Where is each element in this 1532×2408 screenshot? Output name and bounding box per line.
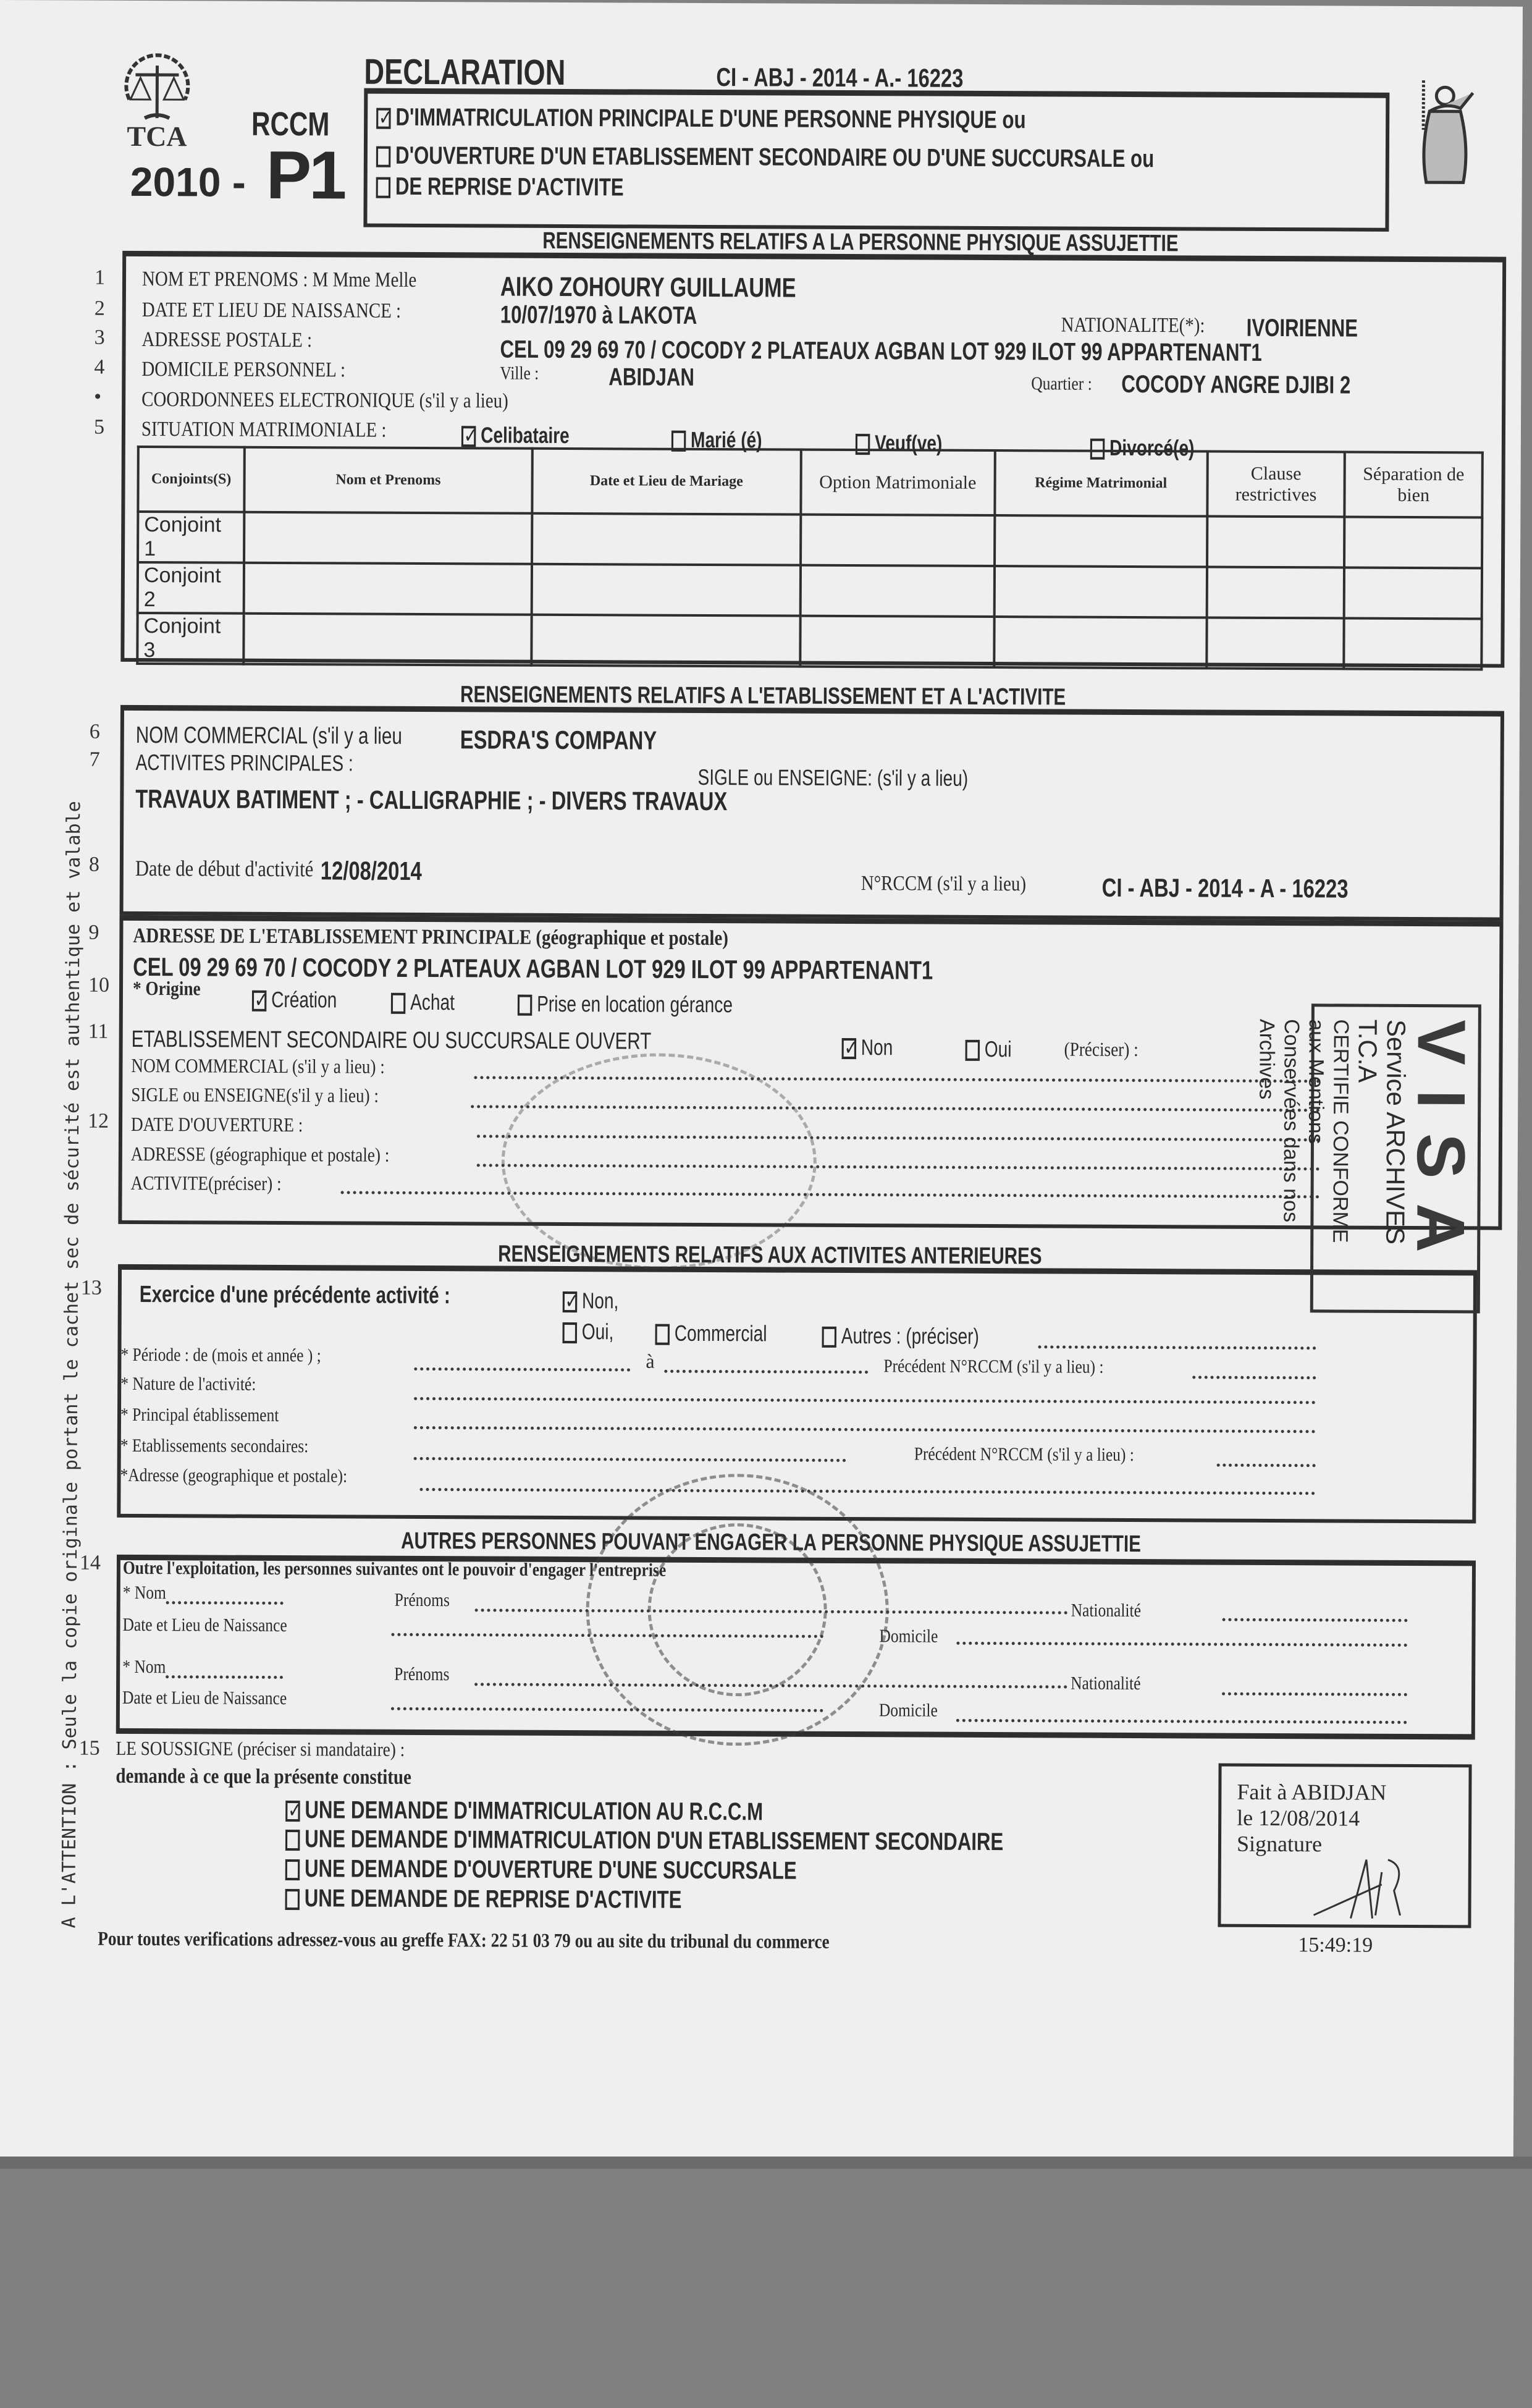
- column-header: Clause restrictives: [1207, 452, 1345, 517]
- line-number: 12: [88, 1110, 109, 1133]
- print-time: 15:49:19: [1298, 1933, 1373, 1958]
- period-to-label: à: [646, 1350, 654, 1373]
- checkbox[interactable]: [376, 146, 391, 167]
- verification-note: Pour toutes verifications adressez-vous …: [98, 1927, 830, 1953]
- sign-label: SIGLE ou ENSEIGNE: (s'il y a lieu): [697, 764, 968, 792]
- person2-domicile-label: Domicile: [879, 1700, 938, 1721]
- checkbox-checked[interactable]: [285, 1801, 300, 1822]
- electronic-contact-label: COORDONNEES ELECTRONIQUE (s'il y a lieu): [141, 388, 508, 413]
- visa-label: VISA: [1409, 1020, 1472, 1277]
- previous-activity-question: Exercice d'une précédente activité :: [140, 1282, 450, 1309]
- secondary-option-yes[interactable]: Oui: [966, 1036, 1012, 1062]
- visa-line-2: CERTIFIE CONFORME aux Mentions: [1303, 1019, 1353, 1277]
- spouse-cell[interactable]: [994, 566, 1206, 618]
- secondary-sign-label: SIGLE ou ENSEIGNE(s'il y a lieu) :: [131, 1083, 379, 1107]
- line-number: 15: [79, 1737, 100, 1760]
- period-label: * Période : de (mois et année ) ;: [120, 1345, 321, 1366]
- checkbox[interactable]: [563, 1322, 578, 1343]
- spouse-cell[interactable]: [531, 564, 801, 616]
- person2-birth-label: Date et Lieu de Naissance: [122, 1688, 287, 1709]
- tca-logo: TCA: [117, 44, 198, 150]
- postal-address-label: ADRESSE POSTALE :: [142, 328, 313, 352]
- origin-option-purchase[interactable]: Achat: [391, 989, 455, 1015]
- form-code: P1: [266, 136, 344, 215]
- justice-figure-icon: [1411, 74, 1479, 198]
- checkbox[interactable]: [655, 1324, 670, 1345]
- checkbox[interactable]: [376, 177, 391, 198]
- checkbox-checked[interactable]: [563, 1291, 578, 1312]
- spouse-cell[interactable]: [1206, 618, 1344, 669]
- reference-number: CI - ABJ - 2014 - A.- 16223: [716, 62, 963, 93]
- secondary-address-label: ADRESSE (géographique et postale) :: [131, 1143, 390, 1167]
- spouse-cell[interactable]: [243, 614, 531, 665]
- city-value[interactable]: ABIDJAN: [608, 363, 694, 392]
- line-number: 5: [94, 416, 104, 439]
- secondary-trade-name-label: NOM COMMERCIAL (s'il y a lieu) :: [131, 1054, 385, 1078]
- spouse-cell[interactable]: [801, 515, 995, 566]
- main-address-label: ADRESSE DE L'ETABLISSEMENT PRINCIPALE (g…: [133, 924, 728, 950]
- spouse-cell[interactable]: [1344, 568, 1482, 619]
- birth-value[interactable]: 10/07/1970 à LAKOTA: [500, 302, 697, 330]
- svg-text:TCA: TCA: [127, 120, 187, 149]
- previous-option-commercial[interactable]: Commercial: [655, 1320, 767, 1347]
- previous-option-yes[interactable]: Oui,: [563, 1319, 614, 1345]
- spouse-row-label: Conjoint 1: [138, 512, 244, 563]
- activity-nature-label: * Nature de l'activité:: [120, 1374, 256, 1395]
- line-number: 2: [95, 297, 105, 321]
- trade-name-value[interactable]: ESDRA'S COMPANY: [460, 725, 657, 755]
- checkbox[interactable]: [966, 1040, 980, 1061]
- line-number: 9: [88, 921, 99, 945]
- checkbox-checked[interactable]: [842, 1038, 857, 1059]
- visa-line-1: Service ARCHIVES T.C.A: [1352, 1020, 1410, 1277]
- origin-option-lease[interactable]: Prise en location gérance: [518, 991, 733, 1018]
- origin-label: * Origine: [133, 977, 201, 1000]
- table-row: Conjoint 2: [138, 562, 1482, 619]
- nationality-label: NATIONALITE(*):: [1061, 314, 1205, 338]
- spouse-row-label: Conjoint 2: [138, 562, 244, 614]
- district-label: Quartier :: [1031, 373, 1092, 394]
- request-option-1[interactable]: UNE DEMANDE D'IMMATRICULATION AU R.C.C.M: [285, 1796, 763, 1826]
- spouse-cell[interactable]: [995, 515, 1207, 567]
- spouse-cell[interactable]: [994, 617, 1206, 669]
- domicile-label: DOMICILE PERSONNEL :: [141, 358, 345, 382]
- line-number: 8: [89, 853, 99, 877]
- other-persons-intro: Outre l'exploitation, les personnes suiv…: [123, 1558, 666, 1581]
- start-date-label: Date de début d'activité: [135, 855, 314, 882]
- start-date-value[interactable]: 12/08/2014: [321, 856, 422, 886]
- registry-round-stamp-inner: [647, 1523, 827, 1697]
- signatory-label: LE SOUSSIGNE (préciser si mandataire) :: [116, 1737, 405, 1761]
- line-number: •: [94, 386, 101, 409]
- opening-date-label: DATE D'OUVERTURE :: [131, 1113, 303, 1136]
- checkbox-checked[interactable]: [376, 108, 391, 129]
- request-option-2[interactable]: UNE DEMANDE D'IMMATRICULATION D'UN ETABL…: [285, 1825, 1003, 1856]
- request-intro: demande à ce que la présente constitue: [116, 1765, 411, 1789]
- previous-rccm-field[interactable]: [1192, 1375, 1316, 1379]
- spouse-cell[interactable]: [1207, 517, 1345, 568]
- line-number: 4: [94, 356, 104, 379]
- spouse-cell[interactable]: [244, 512, 532, 564]
- secondary-establishments-label: * Etablissements secondaires:: [120, 1435, 309, 1457]
- nationality-value[interactable]: IVOIRIENNE: [1247, 315, 1358, 343]
- checkbox-checked[interactable]: [252, 991, 267, 1012]
- previous-rccm2-field[interactable]: [1217, 1464, 1316, 1468]
- line-number: 11: [88, 1020, 109, 1044]
- person1-first-name-label: Prénoms: [395, 1590, 450, 1611]
- scanned-form-page: TCA RCCM 2010 - P1 DECLARATION CI - ABJ …: [0, 0, 1523, 2163]
- previous-option-other[interactable]: Autres : (préciser): [822, 1323, 979, 1350]
- column-header: Option Matrimoniale: [801, 450, 995, 515]
- spouse-cell[interactable]: [1344, 619, 1482, 670]
- principal-establishment-label: * Principal établissement: [120, 1405, 279, 1426]
- postal-address-value[interactable]: CEL 09 29 69 70 / COCODY 2 PLATEAUX AGBA…: [500, 336, 1261, 367]
- previous-address-label: *Adresse (geographique et postale):: [120, 1465, 348, 1487]
- spouse-cell[interactable]: [1344, 517, 1482, 568]
- checkbox-checked[interactable]: [461, 426, 476, 447]
- scanner-bed-edge: [0, 2157, 1532, 2169]
- rccm-label: N°RCCM (s'il y a lieu): [861, 872, 1026, 896]
- line-number: 10: [88, 974, 109, 997]
- marital-option-single[interactable]: Celibataire: [461, 422, 570, 449]
- person2-first-name-label: Prénoms: [394, 1664, 449, 1685]
- handwritten-signature[interactable]: [1307, 1847, 1431, 1922]
- spouses-table: Conjoints(S) Nom et Prenoms Date et Lieu…: [136, 446, 1484, 671]
- person1-nationality-label: Nationalité: [1071, 1600, 1141, 1621]
- table-row: Conjoint 3: [137, 613, 1481, 669]
- spouse-cell[interactable]: [532, 513, 801, 565]
- activities-value[interactable]: TRAVAUX BATIMENT ; - CALLIGRAPHIE ; - DI…: [135, 784, 727, 816]
- line-number: 3: [95, 326, 105, 350]
- person1-name-field[interactable]: [166, 1601, 284, 1605]
- main-address-value[interactable]: CEL 09 29 69 70 / COCODY 2 PLATEAUX AGBA…: [133, 952, 933, 986]
- checkbox[interactable]: [285, 1830, 300, 1851]
- previous-rccm2-label: Précédent N°RCCM (s'il y a lieu) :: [914, 1443, 1134, 1466]
- line-number: 14: [80, 1552, 101, 1575]
- spouses-table-header: Conjoints(S) Nom et Prenoms Date et Lieu…: [138, 447, 1482, 517]
- checkbox[interactable]: [822, 1327, 836, 1348]
- signature-place: Fait à ABIDJAN: [1237, 1779, 1386, 1806]
- previous-option-no[interactable]: Non,: [563, 1288, 619, 1314]
- table-row: Conjoint 1: [138, 512, 1482, 568]
- line-number: 6: [90, 720, 100, 744]
- checkbox[interactable]: [285, 1859, 300, 1880]
- person2-nationality-label: Nationalité: [1071, 1673, 1140, 1694]
- secondary-option-no[interactable]: Non: [842, 1034, 893, 1060]
- birth-label: DATE ET LIEU DE NAISSANCE :: [142, 298, 401, 323]
- previous-rccm-label: Précédent N°RCCM (s'il y a lieu) :: [883, 1356, 1103, 1378]
- marital-status-label: SITUATION MATRIMONIALE :: [141, 418, 387, 442]
- person1-domicile-label: Domicile: [879, 1626, 938, 1647]
- specify-label: (Préciser) :: [1064, 1038, 1138, 1062]
- seal-stamp: [501, 1053, 817, 1270]
- person2-name-label: * Nom: [122, 1657, 166, 1678]
- request-option-3[interactable]: UNE DEMANDE D'OUVERTURE D'UNE SUCCURSALE: [285, 1855, 797, 1885]
- city-label: Ville :: [500, 363, 539, 384]
- secondary-activity-label: ACTIVITE(préciser) :: [131, 1172, 282, 1195]
- spouse-row-label: Conjoint 3: [137, 613, 243, 664]
- activities-label: ACTIVITES PRINCIPALES :: [136, 750, 353, 777]
- spouse-cell[interactable]: [531, 615, 801, 667]
- line-number: 1: [95, 266, 105, 290]
- signature-box: Fait à ABIDJAN le 12/08/2014 Signature: [1218, 1764, 1471, 1929]
- declaration-option-2[interactable]: D'OUVERTURE D'UN ETABLISSEMENT SECONDAIR…: [376, 142, 1155, 173]
- spouse-cell[interactable]: [800, 616, 994, 667]
- column-header: Régime Matrimonial: [995, 450, 1208, 517]
- checkbox[interactable]: [391, 993, 406, 1014]
- checkbox[interactable]: [518, 995, 532, 1016]
- person2-name-field[interactable]: [166, 1675, 283, 1679]
- spouse-cell[interactable]: [1206, 567, 1344, 619]
- visa-archive-stamp: VISA Service ARCHIVES T.C.A CERTIFIE CON…: [1310, 1003, 1481, 1313]
- signature-date: le 12/08/2014: [1237, 1805, 1360, 1831]
- name-value[interactable]: AIKO ZOHOURY GUILLAUME: [500, 272, 796, 304]
- scales-of-justice-icon: TCA: [117, 44, 198, 150]
- person1-birth-label: Date et Lieu de Naissance: [122, 1615, 287, 1636]
- declaration-option-1[interactable]: D'IMMATRICULATION PRINCIPALE D'UNE PERSO…: [376, 104, 1026, 135]
- secondary-label: ETABLISSEMENT SECONDAIRE OU SUCCURSALE O…: [132, 1026, 652, 1055]
- origin-option-creation[interactable]: Création: [252, 987, 337, 1013]
- spouse-cell[interactable]: [800, 565, 994, 617]
- trade-name-label: NOM COMMERCIAL (s'il y a lieu: [136, 722, 402, 750]
- declaration-option-3[interactable]: DE REPRISE D'ACTIVITE: [376, 173, 624, 202]
- form-year: 2010 -: [130, 158, 246, 206]
- request-option-4[interactable]: UNE DEMANDE DE REPRISE D'ACTIVITE: [285, 1885, 681, 1914]
- line-number: 7: [90, 748, 100, 772]
- checkbox[interactable]: [285, 1889, 300, 1910]
- person1-name-label: * Nom: [123, 1582, 166, 1603]
- name-label: NOM ET PRENOMS : M Mme Melle: [142, 268, 416, 292]
- document-title: DECLARATION: [364, 51, 565, 93]
- line-number: 13: [81, 1277, 102, 1300]
- district-value[interactable]: COCODY ANGRE DJIBI 2: [1121, 371, 1350, 400]
- rccm-value[interactable]: CI - ABJ - 2014 - A - 16223: [1102, 873, 1349, 904]
- column-header: Nom et Prenoms: [244, 447, 532, 513]
- visa-line-3: Conservées dans nos Archives: [1253, 1019, 1304, 1277]
- spouse-cell[interactable]: [244, 563, 532, 615]
- column-header: Conjoints(S): [138, 447, 245, 512]
- column-header: Date et Lieu de Mariage: [532, 449, 801, 515]
- column-header: Séparation de bien: [1345, 452, 1483, 518]
